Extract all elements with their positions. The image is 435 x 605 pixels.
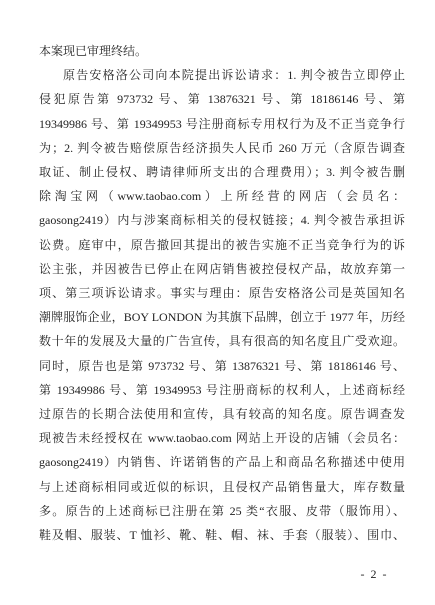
page-number: - 2 -: [361, 566, 389, 582]
text-line: 过原告的长期合法使用和宣传，具有较高的知名度。原告调查发: [39, 402, 405, 426]
text-line: 鞋及帽、服装、T 恤衫、靴、鞋、帽、袜、手套（服装）、围巾、: [39, 523, 405, 547]
document-page: 本案现已审理终结。 原告安格洛公司向本院提出诉讼请求：1. 判令被告立即停止 侵…: [0, 0, 435, 605]
text-line: 同时，原告也是第 973732 号、第 13876321 号、第 1818614…: [39, 354, 405, 378]
text-line: 第 19349986 号、第 19349953 号注册商标的权利人，上述商标经: [39, 378, 405, 402]
text-line: 除淘宝网（www.taobao.com）上所经营的网店（会员名：: [39, 184, 405, 208]
text-line: gaosong2419）内销售、许诺销售的产品上和商品名称描述中使用: [39, 450, 405, 474]
text-line: 与上述商标相同或近似的标识，且侵权产品销售量大，库存数量: [39, 475, 405, 499]
text-line: 讼主张，并因被告已停止在网店销售被控侵权产品，故放弃第一: [39, 257, 405, 281]
text-line: 现被告未经授权在 www.taobao.com 网站上开设的店铺（会员名：: [39, 426, 405, 450]
text-line: 项、第三项诉讼请求。事实与理由：原告安格洛公司是英国知名: [39, 281, 405, 305]
text-line: 侵犯原告第 973732 号、第 13876321 号、第 18186146 号…: [39, 87, 405, 111]
text-line: gaosong2419）内与涉案商标相关的侵权链接；4. 判令被告承担诉: [39, 208, 405, 232]
text-line: 取证、制止侵权、聘请律师所支出的合理费用）；3. 判令被告删: [39, 160, 405, 184]
text-line: 为；2. 判令被告赔偿原告经济损失人民币 260 万元（含原告调查: [39, 136, 405, 160]
text-line: 数十年的发展及大量的广告宣传，具有很高的知名度且广受欢迎。: [39, 329, 405, 353]
text-line: 多。原告的上述商标已注册在第 25 类“衣服、皮带（服饰用）、: [39, 499, 405, 523]
text-line: 潮牌服饰企业，BOY LONDON 为其旗下品牌，创立于 1977 年，历经: [39, 305, 405, 329]
document-body: 本案现已审理终结。 原告安格洛公司向本院提出诉讼请求：1. 判令被告立即停止 侵…: [39, 39, 405, 547]
text-line: 本案现已审理终结。: [39, 39, 405, 63]
text-line: 19349986 号、第 19349953 号注册商标专用权行为及不正当竞争行: [39, 112, 405, 136]
text-line: 原告安格洛公司向本院提出诉讼请求：1. 判令被告立即停止: [39, 63, 405, 87]
text-line: 讼费。庭审中，原告撤回其提出的被告实施不正当竞争行为的诉: [39, 233, 405, 257]
